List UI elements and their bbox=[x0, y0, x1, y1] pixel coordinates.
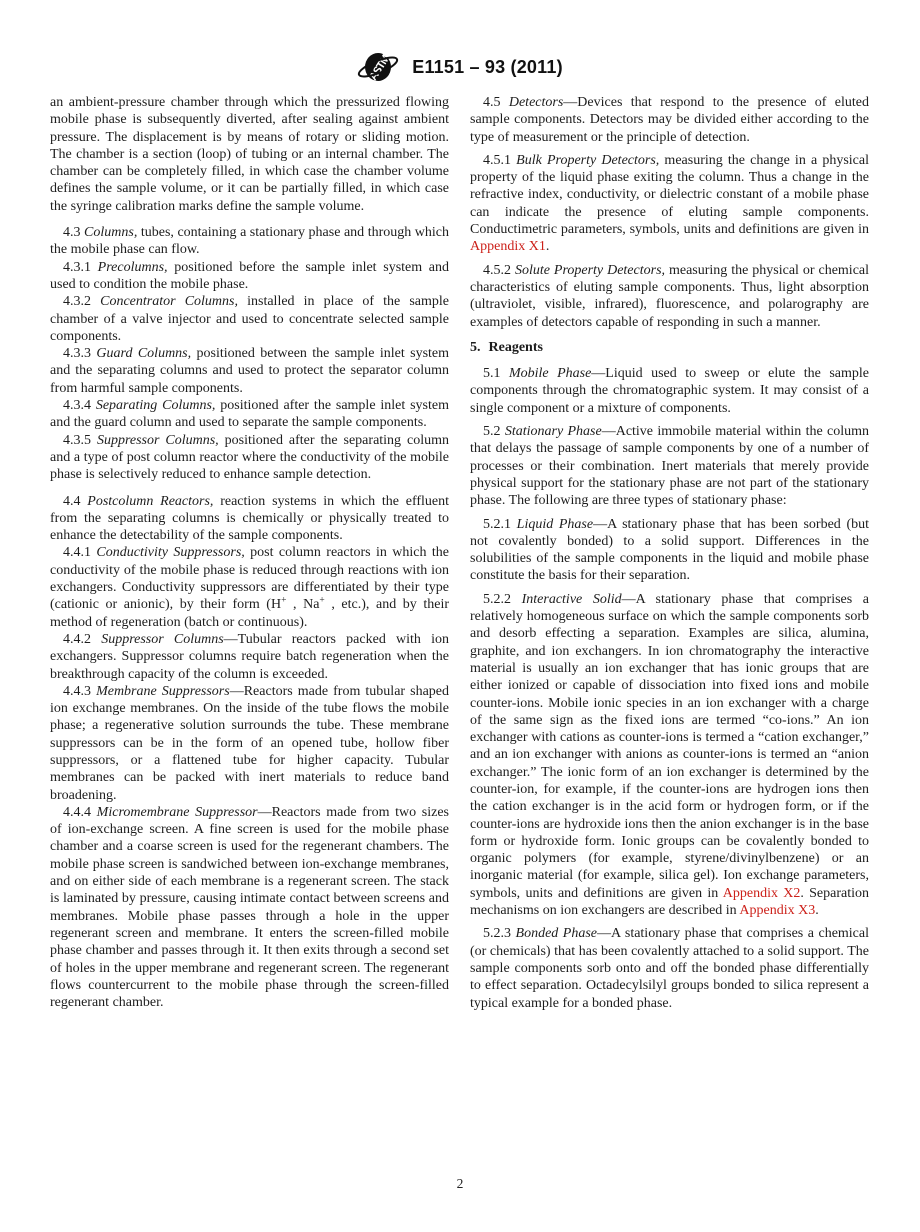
defined-term: Stationary Phase bbox=[505, 424, 602, 439]
text-run: 4.3 bbox=[63, 225, 84, 240]
defined-term: Separating Columns, bbox=[96, 398, 216, 413]
text-run: an ambient-pressure chamber through whic… bbox=[50, 95, 449, 214]
document-page: ASTM E1151 – 93 (2011) an ambient-pressu… bbox=[0, 0, 920, 1232]
defined-term: Detectors bbox=[509, 95, 563, 110]
text-run: 4.3.4 bbox=[63, 398, 96, 413]
defined-term: Precolumns, bbox=[98, 260, 168, 275]
paragraph-4-3-4: 4.3.4 Separating Columns, positioned aft… bbox=[50, 397, 449, 432]
defined-term: Columns, bbox=[84, 225, 137, 240]
text-run: 5.1 bbox=[483, 366, 509, 381]
text-run: 5. bbox=[470, 340, 481, 355]
defined-term: Bonded Phase bbox=[516, 926, 598, 941]
text-run: . bbox=[815, 903, 819, 918]
paragraph-4-3-5: 4.3.5 Suppressor Columns, positioned aft… bbox=[50, 432, 449, 484]
paragraph-4-4: 4.4 Postcolumn Reactors, reaction system… bbox=[50, 493, 449, 545]
paragraph-4-3-2: 4.3.2 Concentrator Columns, installed in… bbox=[50, 293, 449, 345]
paragraph-4-4-1: 4.4.1 Conductivity Suppressors, post col… bbox=[50, 544, 449, 630]
defined-term: Micromembrane Suppressor bbox=[97, 805, 258, 820]
paragraph-5-2-3: 5.2.3 Bonded Phase—A stationary phase th… bbox=[470, 925, 869, 1011]
text-run: 4.3.3 bbox=[63, 346, 96, 361]
defined-term: Mobile Phase bbox=[509, 366, 591, 381]
text-run: —Reactors made from tubular shaped ion e… bbox=[50, 684, 449, 803]
page-number: 2 bbox=[457, 1176, 464, 1191]
text-run: 5.2.1 bbox=[483, 517, 517, 532]
text-run: 4.4.4 bbox=[63, 805, 97, 820]
text-run: 5.2 bbox=[483, 424, 505, 439]
text-run: 4.5.1 bbox=[483, 153, 516, 168]
text-run: 4.4.3 bbox=[63, 684, 96, 699]
defined-term: Guard Columns, bbox=[96, 346, 191, 361]
defined-term: Suppressor Columns, bbox=[97, 433, 219, 448]
link-appendix-x1[interactable]: Appendix X1 bbox=[470, 239, 546, 254]
defined-term: Solute Property Detectors, bbox=[515, 263, 665, 278]
paragraph-continuation: an ambient-pressure chamber through whic… bbox=[50, 94, 449, 215]
astm-logo-icon: ASTM bbox=[357, 48, 405, 86]
text-run: Reagents bbox=[489, 340, 543, 355]
paragraph-5-2-2: 5.2.2 Interactive Solid—A stationary pha… bbox=[470, 591, 869, 920]
text-run: 4.4.1 bbox=[63, 545, 96, 560]
link-appendix-x3[interactable]: Appendix X3 bbox=[739, 903, 815, 918]
paragraph-4-4-2: 4.4.2 Suppressor Columns—Tubular reactor… bbox=[50, 631, 449, 683]
text-run: —A stationary phase that comprises a rel… bbox=[470, 592, 869, 901]
text-run: 4.3.1 bbox=[63, 260, 98, 275]
link-appendix-x2[interactable]: Appendix X2 bbox=[723, 886, 801, 901]
text-run: 4.3.2 bbox=[63, 294, 100, 309]
text-run: 5.2.3 bbox=[483, 926, 516, 941]
text-run: 4.5 bbox=[483, 95, 509, 110]
right-column: 4.5 Detectors—Devices that respond to th… bbox=[470, 94, 869, 1018]
defined-term: Suppressor Columns bbox=[101, 632, 223, 647]
text-run: 4.5.2 bbox=[483, 263, 515, 278]
paragraph-4-3: 4.3 Columns, tubes, containing a station… bbox=[50, 224, 449, 259]
text-run: 4.4 bbox=[63, 494, 87, 509]
text-run: . bbox=[546, 239, 550, 254]
paragraph-5-1: 5.1 Mobile Phase—Liquid used to sweep or… bbox=[470, 365, 869, 417]
defined-term: Interactive Solid bbox=[522, 592, 622, 607]
defined-term: Bulk Property Detectors, bbox=[516, 153, 659, 168]
text-run: , Na bbox=[286, 597, 319, 612]
section-heading-5: 5.Reagents bbox=[470, 339, 869, 356]
paragraph-4-3-1: 4.3.1 Precolumns, positioned before the … bbox=[50, 259, 449, 294]
document-designation: E1151 – 93 (2011) bbox=[412, 57, 563, 78]
paragraph-4-5-2: 4.5.2 Solute Property Detectors, measuri… bbox=[470, 262, 869, 331]
paragraph-4-5-1: 4.5.1 Bulk Property Detectors, measuring… bbox=[470, 152, 869, 256]
text-run: 4.3.5 bbox=[63, 433, 97, 448]
page-footer: 2 bbox=[0, 1176, 920, 1192]
defined-term: Conductivity Suppressors, bbox=[96, 545, 244, 560]
defined-term: Postcolumn Reactors, bbox=[87, 494, 213, 509]
text-run: 5.2.2 bbox=[483, 592, 522, 607]
defined-term: Concentrator Columns, bbox=[100, 294, 238, 309]
document-header: ASTM E1151 – 93 (2011) bbox=[0, 0, 920, 86]
two-column-body: an ambient-pressure chamber through whic… bbox=[50, 94, 870, 1018]
paragraph-4-5: 4.5 Detectors—Devices that respond to th… bbox=[470, 94, 869, 146]
text-run: 4.4.2 bbox=[63, 632, 101, 647]
paragraph-4-3-3: 4.3.3 Guard Columns, positioned between … bbox=[50, 345, 449, 397]
paragraph-5-2-1: 5.2.1 Liquid Phase—A stationary phase th… bbox=[470, 516, 869, 585]
paragraph-4-4-3: 4.4.3 Membrane Suppressors—Reactors made… bbox=[50, 683, 449, 804]
defined-term: Liquid Phase bbox=[517, 517, 593, 532]
text-run: —Reactors made from two sizes of ion-exc… bbox=[50, 805, 449, 1010]
left-column: an ambient-pressure chamber through whic… bbox=[50, 94, 449, 1018]
paragraph-4-4-4: 4.4.4 Micromembrane Suppressor—Reactors … bbox=[50, 804, 449, 1012]
paragraph-5-2: 5.2 Stationary Phase—Active immobile mat… bbox=[470, 423, 869, 509]
defined-term: Membrane Suppressors bbox=[96, 684, 230, 699]
